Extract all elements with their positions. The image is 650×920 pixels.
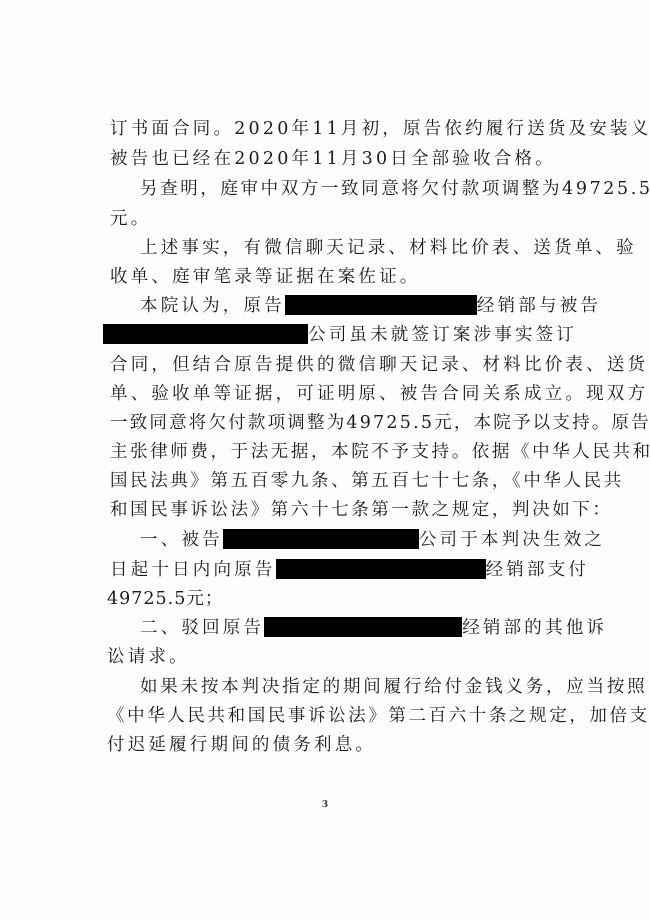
text-line: 一、被告公司于本判决生效之 (140, 529, 590, 551)
text-line: 上述事实，有微信聊天记录、材料比价表、送货单、验 (140, 237, 590, 259)
text-line: 公司虽未就签订案涉事实签订 (103, 324, 553, 346)
redaction-bar (276, 559, 486, 579)
text-line: 49725.5元； (107, 588, 557, 610)
text-fragment: 本院认为，原告 (140, 296, 285, 316)
document-page: 订书面合同。2020年11月初，原告依约履行送货及安装义务， 被告也已经在202… (0, 0, 650, 920)
text-line: 国民法典》第五百零九条、第五百七十七条，《中华人民共 (110, 470, 560, 492)
text-line: 收单、庭审笔录等证据在案佐证。 (110, 266, 560, 288)
text-line: 订书面合同。2020年11月初，原告依约履行送货及安装义务， (110, 118, 560, 140)
text-line: 本院认为，原告经销部与被告 (140, 295, 590, 317)
text-line: 主张律师费，于法无据，本院不予支持。依据《中华人民共和 (110, 441, 560, 463)
page-number: 3 (0, 800, 650, 810)
text-fragment: 公司虽未就签订案涉事实签订 (308, 325, 577, 345)
text-line: 合同，但结合原告提供的微信聊天记录、材料比价表、送货 (110, 354, 560, 376)
text-line: 另查明，庭审中双方一致同意将欠付款项调整为49725.5 (140, 178, 590, 200)
text-line: 付迟延履行期间的债务利息。 (107, 734, 557, 756)
text-fragment: 一、被告 (140, 530, 223, 550)
text-line: 如果未按本判决指定的期间履行给付金钱义务，应当按照 (140, 676, 590, 698)
text-line: 单、验收单等证据，可证明原、被告合同关系成立。现双方 (110, 383, 560, 405)
redaction-bar (103, 324, 308, 344)
text-line: 和国民事诉讼法》第六十七条第一款之规定，判决如下： (110, 499, 560, 521)
redaction-bar (223, 529, 419, 549)
text-line: 被告也已经在2020年11月30日全部验收合格。 (110, 148, 560, 170)
text-fragment: 公司于本判决生效之 (419, 530, 605, 550)
text-fragment: 经销部与被告 (477, 296, 601, 316)
text-line: 一致同意将欠付款项调整为49725.5元，本院予以支持。原告 (110, 412, 560, 434)
text-fragment: 经销部支付 (486, 560, 590, 580)
redaction-bar (285, 295, 477, 315)
text-line: 《中华人民共和国民事诉讼法》第二百六十条之规定，加倍支 (107, 705, 557, 727)
redaction-bar (264, 617, 462, 637)
text-fragment: 日起十日内向原告 (110, 560, 276, 580)
text-line: 日起十日内向原告经销部支付 (110, 559, 560, 581)
text-line: 二、驳回原告经销部的其他诉 (140, 617, 590, 639)
text-fragment: 经销部的其他诉 (462, 618, 607, 638)
text-line: 元。 (110, 208, 560, 230)
text-fragment: 二、驳回原告 (140, 618, 264, 638)
text-line: 讼请求。 (107, 646, 557, 668)
